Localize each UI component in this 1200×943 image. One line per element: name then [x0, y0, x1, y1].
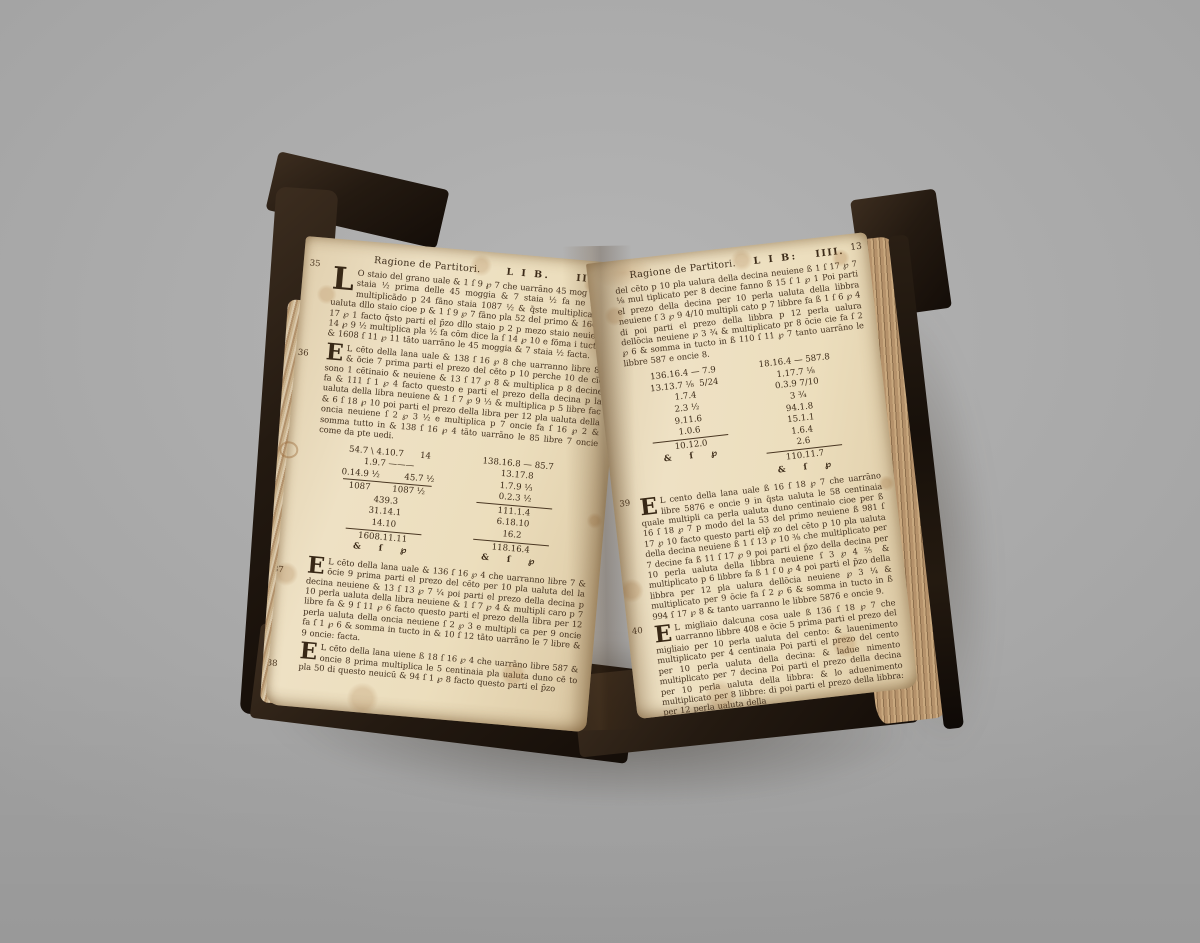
- drop-cap: E: [639, 495, 662, 517]
- calc-column-left: 136.16.4 — 7.913.13.7 ⅛ 5/241.7.42.3 ½9.…: [645, 365, 734, 491]
- header-book-label: L I B.: [506, 267, 551, 282]
- margin-number: 38: [266, 658, 278, 669]
- calculation-table: 136.16.4 — 7.913.13.7 ⅛ 5/241.7.42.3 ½9.…: [645, 348, 880, 490]
- margin-number: 36: [297, 348, 309, 359]
- folio-number: 13: [850, 242, 863, 253]
- calc-column-right: 18.16.4 — 587.81.17.7 ⅛0.3.9 7/103 ¾94.1…: [756, 352, 845, 478]
- drop-cap: E: [299, 640, 321, 662]
- paragraph-39: EL cento della lana uale ß 16 ſ 18 ℘ 7 c…: [639, 470, 895, 622]
- header-book-label: L I B:: [753, 251, 798, 267]
- margin-number: 40: [631, 626, 643, 637]
- calc-column-left: 54.7 \ 4.10.7 141.9.7 ———0.14.9 ½ 45.7 ½…: [335, 444, 437, 560]
- right-page: 39 40 13 Ragione de Partitori. L I B: II…: [586, 232, 918, 719]
- header-book-number: IIII.: [815, 246, 845, 260]
- left-page: 35 36 37 38 Ragione de Partitori. L I B.…: [265, 236, 627, 732]
- drop-cap: L: [331, 266, 358, 294]
- margin-number: 39: [619, 499, 631, 510]
- paragraph-text: L cēto della lana uale & 136 ſ 16 ℘ 4 ch…: [301, 556, 586, 651]
- drop-cap: E: [325, 341, 347, 363]
- museum-photo-background: 35 36 37 38 Ragione de Partitori. L I B.…: [0, 0, 1200, 943]
- right-page-content: 39 40 13 Ragione de Partitori. L I B: II…: [586, 232, 918, 719]
- calculation-table: 54.7 \ 4.10.7 141.9.7 ———0.14.9 ½ 45.7 ½…: [335, 444, 596, 574]
- drop-cap: E: [307, 554, 329, 576]
- calc-column-right: 138.16.8 — 85.713.17.81.7.9 ⅓0.2.3 ½111.…: [471, 456, 556, 571]
- left-page-content: 35 36 37 38 Ragione de Partitori. L I B.…: [265, 236, 627, 732]
- drop-cap: E: [653, 622, 676, 644]
- margin-number: 35: [309, 258, 321, 269]
- paragraph-text: L cento della lana uale ß 16 ſ 18 ℘ 7 ch…: [641, 470, 893, 621]
